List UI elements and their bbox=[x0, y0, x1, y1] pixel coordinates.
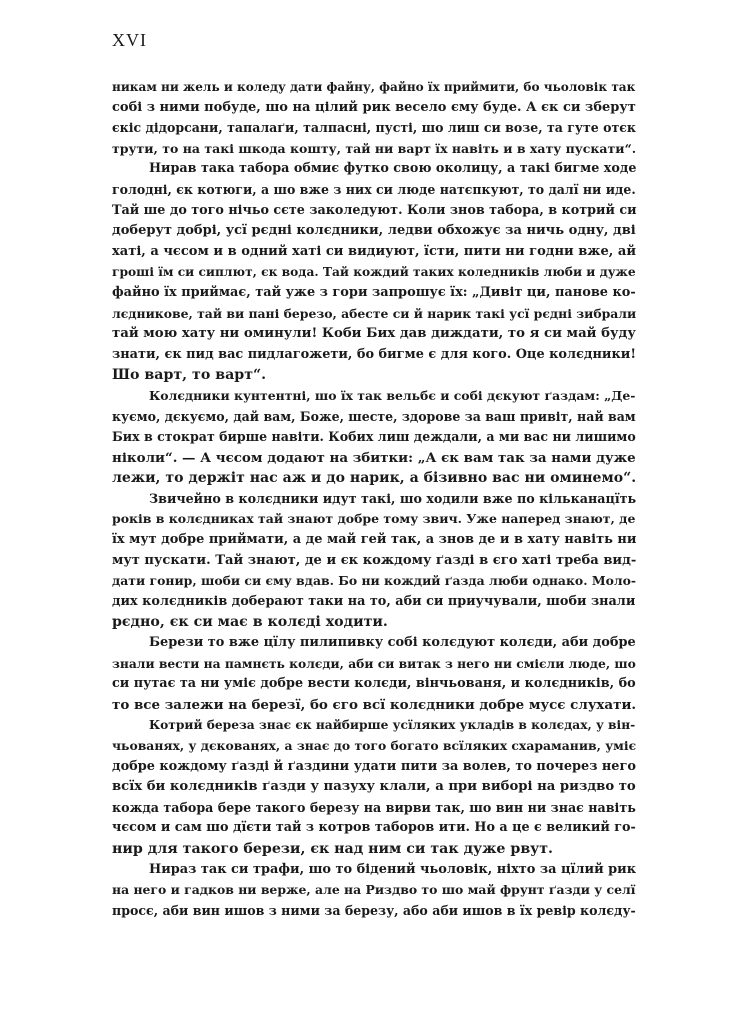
text-line: Берези то вже цїлу пилипивку собі колєду… bbox=[112, 633, 636, 654]
text-line: рєдно, єк си має в колєді ходити. bbox=[112, 612, 636, 633]
text-line: Нирав така табора обмиє футко свою околи… bbox=[112, 159, 636, 180]
text-line: нир для такого берези, єк над ним си так… bbox=[112, 839, 636, 860]
text-line: дати гонир, шоби си єму вдав. Бо ни кожд… bbox=[112, 571, 636, 592]
text-line: гроші їм си сиплют, єк вода. Тай кождий … bbox=[112, 262, 636, 283]
text-line: ніколи“. — А чєсом додают на збитки: „А … bbox=[112, 448, 636, 469]
text-line: лежи, то держіт нас аж и до нарик, а біз… bbox=[112, 468, 636, 489]
text-line: чєсом и сам шо дїєти тай з котров таборо… bbox=[112, 818, 636, 839]
paragraph: Берези то вже цїлу пилипивку собі колєду… bbox=[112, 633, 636, 715]
text-line: Звичейно в колєдники идут такі, шо ходил… bbox=[112, 489, 636, 510]
text-line: хаті, а чєсом и в одний хаті си видиуют,… bbox=[112, 242, 636, 263]
text-line: Колєдники кунтентні, шо їх так вельбє и … bbox=[112, 386, 636, 407]
text-line: лєдникове, тай ви пані березо, абесте си… bbox=[112, 304, 636, 325]
text-line: си путає та ни уміє добре вести колєди, … bbox=[112, 674, 636, 695]
text-line: куємо, дєкуємо, дай вам, Боже, шесте, зд… bbox=[112, 407, 636, 428]
text-line: трути, то на такі шкода кошту, тай ни ва… bbox=[112, 139, 636, 160]
text-line: всїх би колєдників ґазди у пазуху клали,… bbox=[112, 777, 636, 798]
text-line: Бих в стократ бирше навіти. Кобих лиш де… bbox=[112, 427, 636, 448]
text-line: знати, єк пид вас пидлагожети, бо бигме … bbox=[112, 345, 636, 366]
text-line: дих колєдників доберают таки на то, аби … bbox=[112, 592, 636, 613]
page-number: XVI bbox=[112, 30, 147, 51]
text-line: голодні, єк котюги, а шо вже з них си лю… bbox=[112, 180, 636, 201]
text-line: файно їх приймає, тай уже з гори запрошу… bbox=[112, 283, 636, 304]
text-line: єкіс дідорсани, тапалаґи, талпасні, пуст… bbox=[112, 118, 636, 139]
paragraph: Котрий береза знає єк найбирше усїляких … bbox=[112, 715, 636, 859]
text-line: то все залежи на березї, бо єго всї колє… bbox=[112, 695, 636, 716]
text-line: Шо варт, то варт“. bbox=[112, 365, 636, 386]
text-line: років в колєдниках тай знают добре тому … bbox=[112, 509, 636, 530]
text-line: никам ни жель и коледу дати файну, файно… bbox=[112, 77, 636, 98]
paragraph: никам ни жель и коледу дати файну, файно… bbox=[112, 77, 636, 159]
text-line: на него и гадков ни верже, але на Риздво… bbox=[112, 880, 636, 901]
text-line: просє, аби вин ишов з ними за березу, аб… bbox=[112, 901, 636, 922]
text-line: мут пускати. Тай знают, де и єк кождому … bbox=[112, 551, 636, 572]
text-line: тай мою хату ни оминули! Коби Бих дав ди… bbox=[112, 324, 636, 345]
text-line: доберут добрі, усї рєдні колєдники, ледв… bbox=[112, 221, 636, 242]
text-line: знали вести на памнєть колєди, аби си ви… bbox=[112, 654, 636, 675]
paragraph: Нирав така табора обмиє футко свою околи… bbox=[112, 159, 636, 386]
paragraph: Колєдники кунтентні, шо їх так вельбє и … bbox=[112, 386, 636, 489]
text-line: чьованях, у дєкованях, а знає до того бо… bbox=[112, 736, 636, 757]
text-line: Нираз так си трафи, шо то бідений чьолов… bbox=[112, 860, 636, 881]
body-text: никам ни жель и коледу дати файну, файно… bbox=[112, 77, 636, 921]
paragraph: Нираз так си трафи, шо то бідений чьолов… bbox=[112, 860, 636, 922]
text-line: собі з ними побуде, шо на цілий рик весе… bbox=[112, 98, 636, 119]
text-line: кожда табора бере такого березу на вирви… bbox=[112, 798, 636, 819]
text-line: Котрий береза знає єк найбирше усїляких … bbox=[112, 715, 636, 736]
text-line: їх мут добре приймати, а де май гей так,… bbox=[112, 530, 636, 551]
paragraph: Звичейно в колєдники идут такі, шо ходил… bbox=[112, 489, 636, 633]
text-line: добре кождому ґазді й ґаздини удати пити… bbox=[112, 757, 636, 778]
text-line: Тай ше до того нічьо сєте заколедуют. Ко… bbox=[112, 201, 636, 222]
